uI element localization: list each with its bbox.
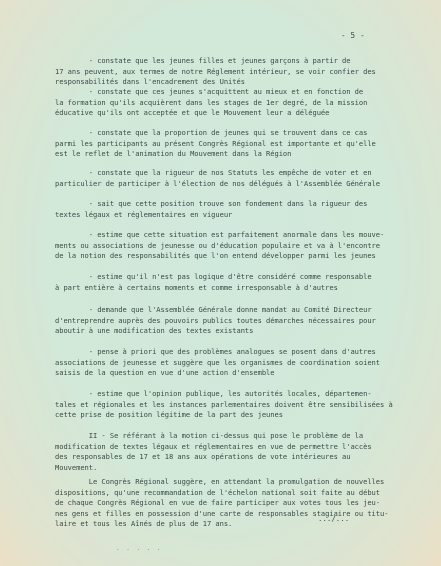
bottom-dots: . . . . .	[116, 545, 162, 552]
text-line: - constate que la rigueur de nos Statuts…	[55, 168, 435, 179]
paragraph: - sait que cette position trouve son fon…	[55, 199, 435, 220]
paragraph: II - Se référant à la motion ci-dessus q…	[55, 431, 435, 473]
paragraph: - constate que la rigueur de nos Statuts…	[55, 168, 435, 189]
text-line: Le Congrès Régional suggère, en attendan…	[55, 477, 435, 488]
paragraph: - constate que les jeunes filles et jeun…	[55, 56, 435, 88]
text-line: laire et tous les Aînés de plus de 17 an…	[55, 519, 435, 530]
text-line: textes légaux et réglementaires en vigue…	[55, 210, 435, 221]
paragraph: Le Congrès Régional suggère, en attendan…	[55, 477, 435, 530]
text-line: particulier de participer à l'élection d…	[55, 179, 435, 190]
text-line: des responsables de 17 et 18 ans aux opé…	[55, 452, 435, 463]
text-line: d'entreprendre auprès des pouvoirs publi…	[55, 316, 435, 327]
paragraph: - demande que l'Assemblée Générale donne…	[55, 305, 435, 337]
text-line: dispositions, qu'une recommandation de l…	[55, 488, 435, 499]
continuation-mark: .../...	[318, 514, 349, 523]
text-line: de la notion des responsabilités que l'o…	[55, 251, 435, 262]
text-line: 17 ans peuvent, aux termes de notre Régl…	[55, 67, 435, 78]
text-line: associations de jeunesse et suggère que …	[55, 358, 435, 369]
paragraph: - constate que la proportion de jeunes q…	[55, 128, 435, 160]
text-line: - constate que ces jeunes s'acquittent a…	[55, 87, 435, 98]
text-line: Mouvement.	[55, 463, 435, 474]
paragraph: - constate que ces jeunes s'acquittent a…	[55, 87, 435, 119]
text-line: tales et régionales et les instances par…	[55, 400, 435, 411]
text-line: parmi les participants au présent Congrè…	[55, 139, 435, 150]
text-line: saisis de la question en vue d'une actio…	[55, 368, 435, 379]
document-page: - 5 - - constate que les jeunes filles e…	[0, 0, 441, 566]
paragraph: - pense à priori que des problèmes analo…	[55, 347, 435, 379]
page-number: - 5 -	[341, 31, 365, 40]
text-line: à part entière à certains moments et com…	[55, 283, 435, 294]
text-line: - estime que cette situation est parfait…	[55, 230, 435, 241]
text-line: - pense à priori que des problèmes analo…	[55, 347, 435, 358]
paragraph: - estime que l'opinion publique, les aut…	[55, 389, 435, 421]
text-line: - sait que cette position trouve son fon…	[55, 199, 435, 210]
text-line: - demande que l'Assemblée Générale donne…	[55, 305, 435, 316]
text-line: la formation qu'ils acquièrent dans les …	[55, 98, 435, 109]
text-line: - constate que les jeunes filles et jeun…	[55, 56, 435, 67]
text-line: II - Se référant à la motion ci-dessus q…	[55, 431, 435, 442]
paragraph: - estime que cette situation est parfait…	[55, 230, 435, 262]
paragraph: - estime qu'il n'est pas logique d'être …	[55, 272, 435, 293]
text-line: - estime qu'il n'est pas logique d'être …	[55, 272, 435, 283]
text-line: nes gens et filles en possession d'une c…	[55, 509, 435, 520]
text-line: ments ou associations de jeunesse ou d'é…	[55, 241, 435, 252]
text-line: - constate que la proportion de jeunes q…	[55, 128, 435, 139]
text-line: aboutir à une modification des textes ex…	[55, 326, 435, 337]
text-line: éducative qu'ils ont acceptée et que le …	[55, 108, 435, 119]
text-line: cette prise de position légitime de la p…	[55, 410, 435, 421]
text-line: - estime que l'opinion publique, les aut…	[55, 389, 435, 400]
text-line: de chaque Congrès Régional en vue de fai…	[55, 498, 435, 509]
text-line: modification de textes légaux et régleme…	[55, 442, 435, 453]
text-line: est le reflet de l'animation du Mouvemen…	[55, 149, 435, 160]
